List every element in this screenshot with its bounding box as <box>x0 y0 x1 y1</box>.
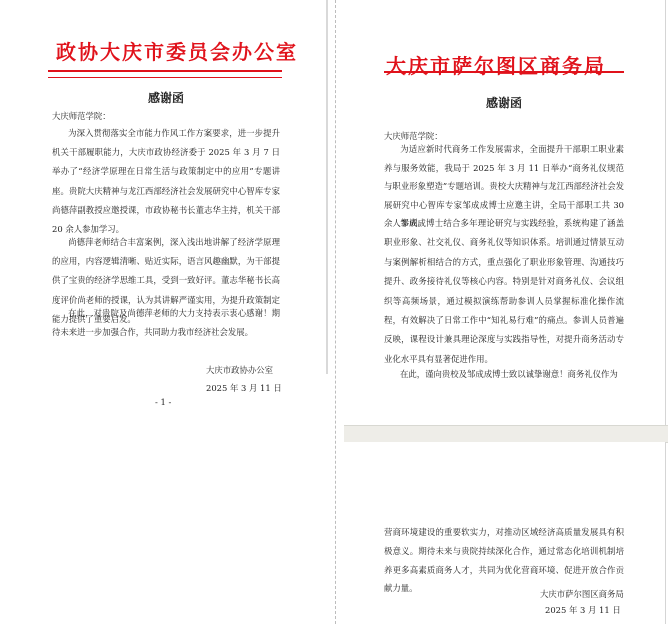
left-signature-date: 2025 年 3 月 11 日 <box>206 382 282 394</box>
left-paragraph-1: 为深入贯彻落实全市能力作风工作方案要求，进一步提升机关干部履职能力，大庆市政协经… <box>52 124 280 239</box>
pane-divider[interactable] <box>335 0 336 624</box>
right-header-rule <box>384 71 624 73</box>
left-paragraph-1-text: 为深入贯彻落实全市能力作风工作方案要求，进一步提升机关干部履职能力，大庆市政协经… <box>52 128 280 234</box>
right-paragraph-2-text: 邹成成博士结合多年理论研究与实践经验，系统构建了涵盖职业形象、社交礼仪、商务礼仪… <box>384 218 624 364</box>
right-paragraph-4-text: 营商环境建设的重要软实力，对推动区域经济高质量发展具有积极意义。期待未来与贵院持… <box>384 527 624 593</box>
left-org-header: 政协大庆市委员会办公室 <box>56 36 298 65</box>
right-doc-title: 感谢函 <box>486 94 522 111</box>
left-paragraph-3: 在此，对贵院及尚德萍老师的大力支持表示衷心感谢！期待未来进一步加强合作，共同助力… <box>52 304 280 342</box>
left-signature-org: 大庆市政协办公室 <box>206 364 273 376</box>
left-salutation: 大庆师范学院： <box>52 110 111 122</box>
right-paragraph-2: 邹成成博士结合多年理论研究与实践经验，系统构建了涵盖职业形象、社交礼仪、商务礼仪… <box>384 214 624 369</box>
right-signature-date: 2025 年 3 月 11 日 <box>545 604 621 616</box>
left-doc-title: 感谢函 <box>148 89 184 106</box>
right-paragraph-3-continued: 营商环境建设的重要软实力，对推动区域经济高质量发展具有积极意义。期待未来与贵院持… <box>384 523 624 598</box>
right-paragraph-3-text: 在此，谨向贵校及邹成成博士致以诚挚谢意！商务礼仪作为 <box>400 369 618 379</box>
left-paragraph-3-text: 在此，对贵院及尚德萍老师的大力支持表示衷心感谢！期待未来进一步加强合作，共同助力… <box>52 308 280 337</box>
left-header-rule <box>48 70 282 78</box>
page-break-gap <box>344 425 668 443</box>
right-signature-org: 大庆市萨尔图区商务局 <box>540 588 624 600</box>
left-page-edge <box>326 0 328 374</box>
right-org-header: 大庆市萨尔图区商务局 <box>386 50 606 79</box>
left-page-number: - 1 - <box>155 397 171 407</box>
right-paragraph-3: 在此，谨向贵校及邹成成博士致以诚挚谢意！商务礼仪作为 <box>384 365 624 384</box>
